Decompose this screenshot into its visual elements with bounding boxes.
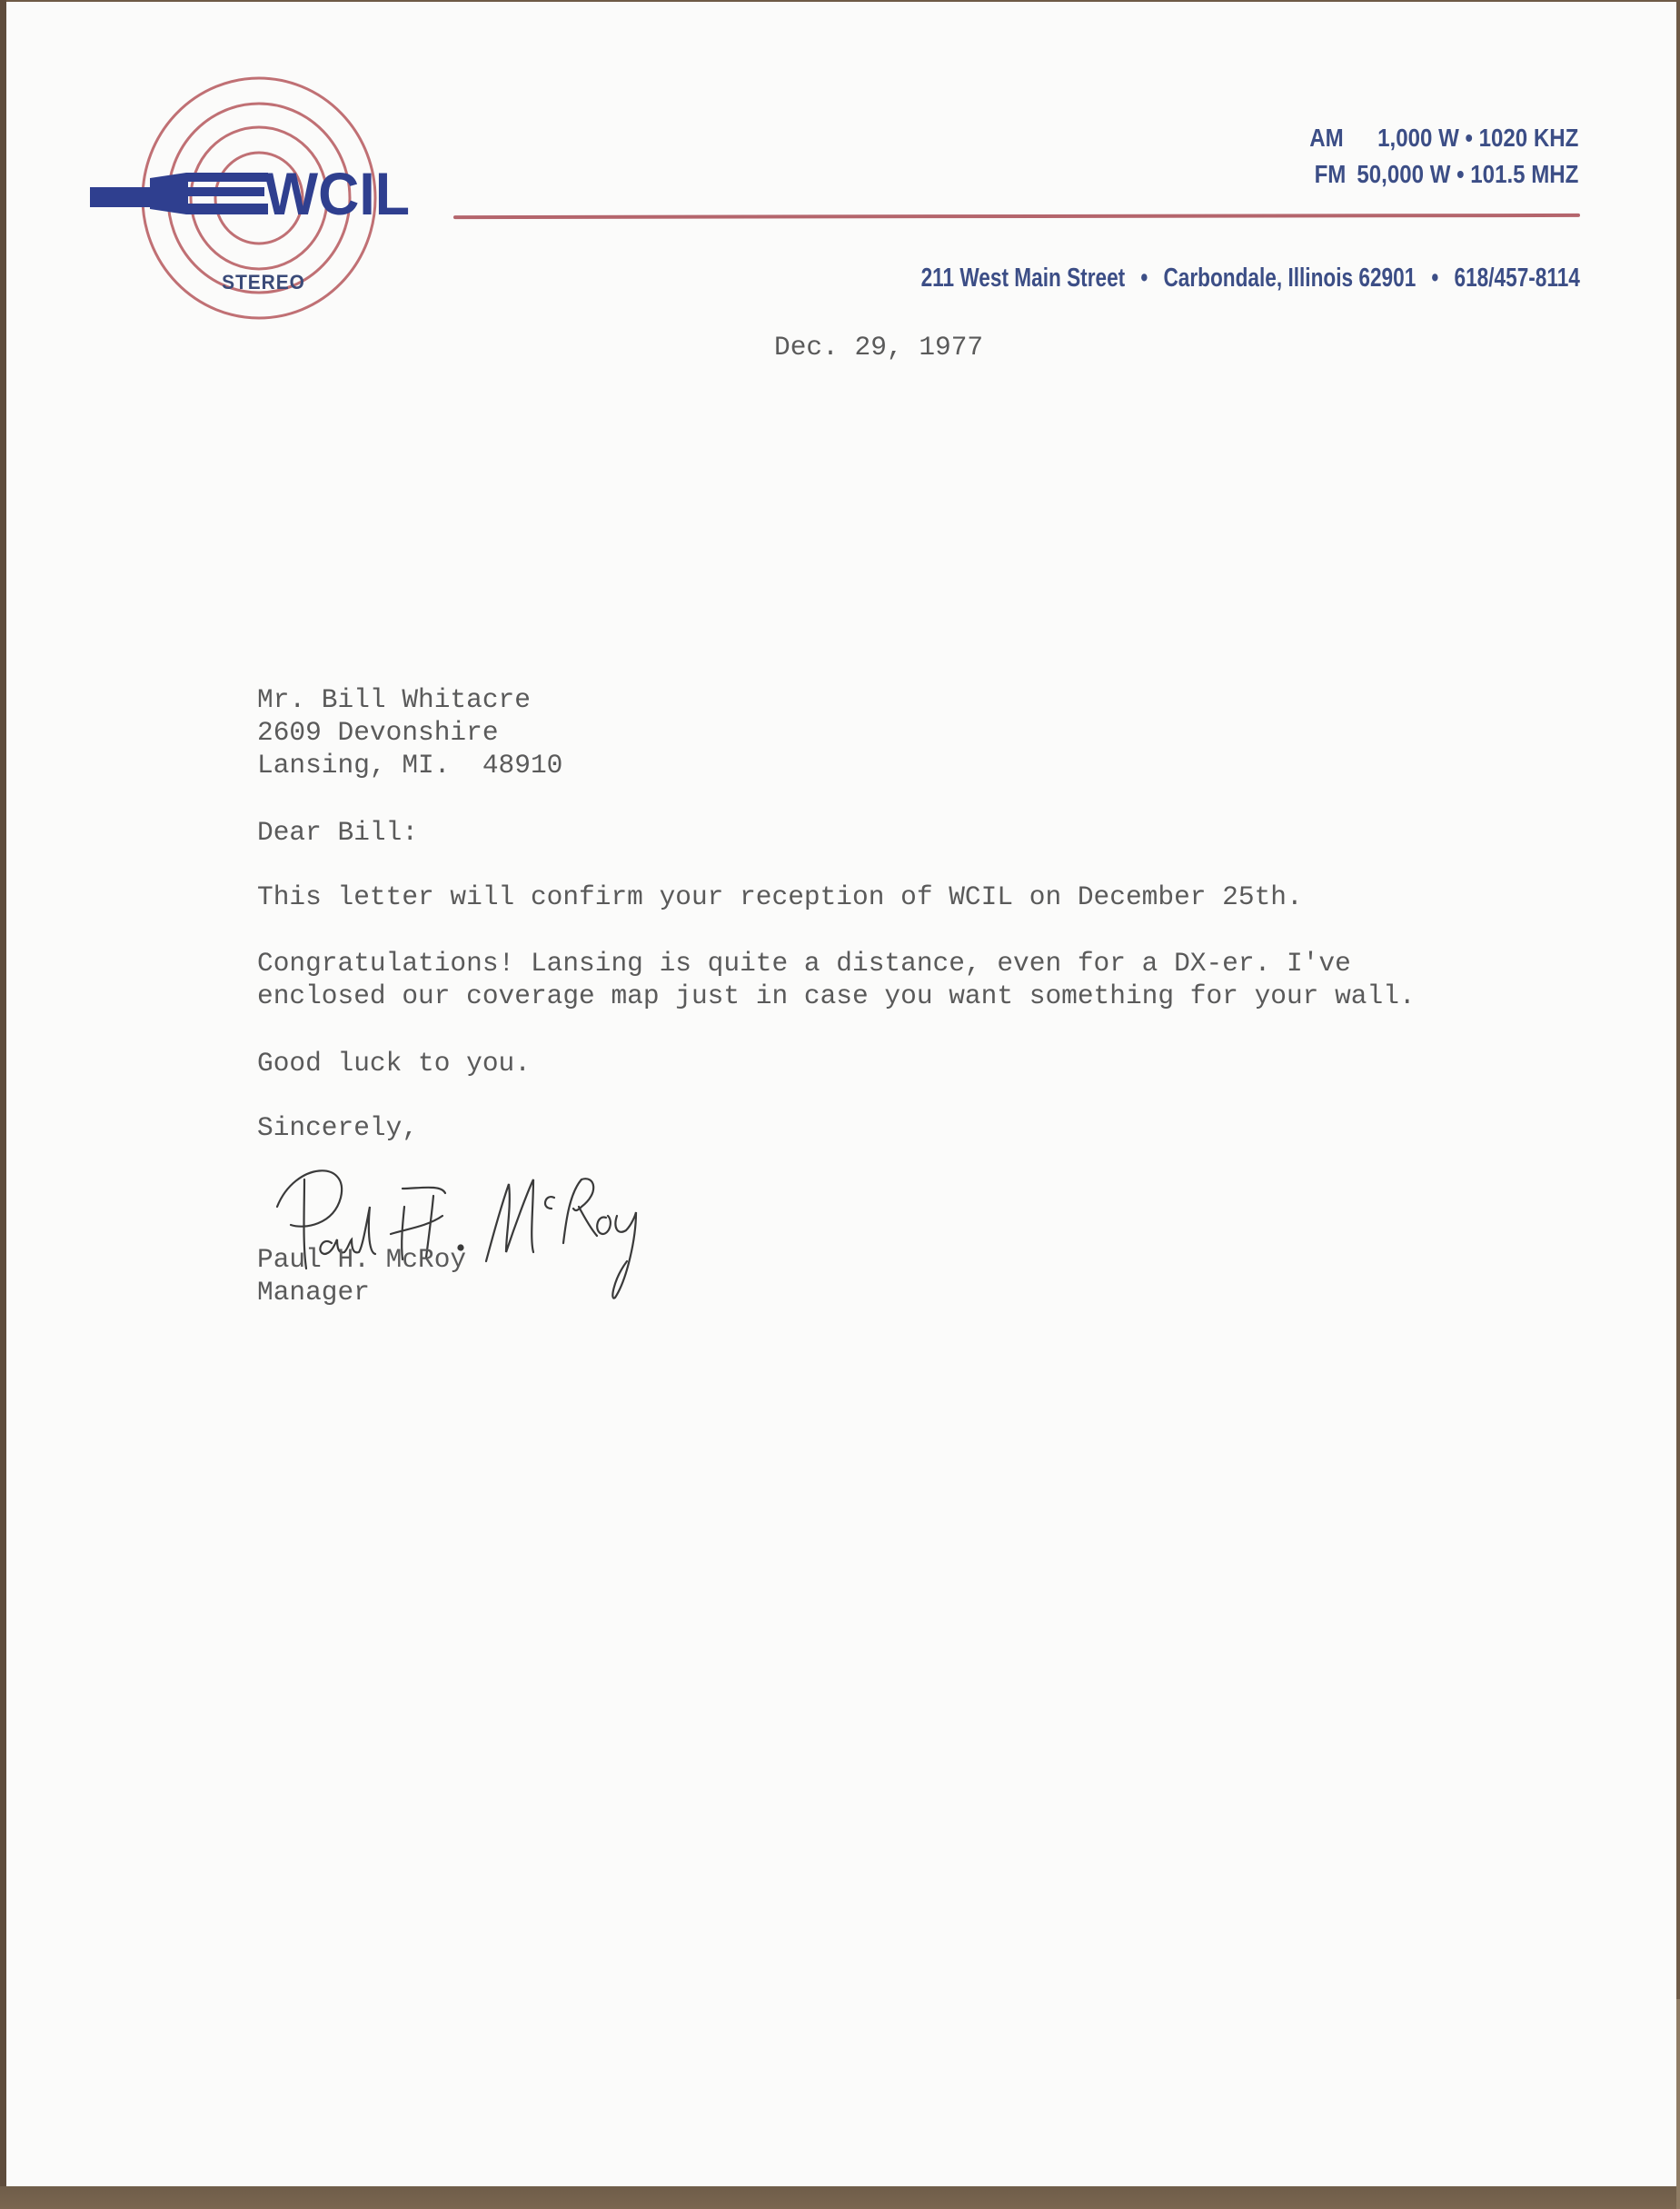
recipient-city: Lansing, MI. 48910 <box>257 749 562 781</box>
body-paragraph: Good luck to you. <box>257 1047 531 1080</box>
signer-title: Manager <box>257 1276 370 1308</box>
address-phone: 618/457-8114 <box>1455 264 1580 293</box>
address-city: Carbondale, Illinois 62901 <box>1164 264 1417 293</box>
paper-edge-left <box>0 0 6 2209</box>
station-logo: WCIL STEREO <box>86 71 432 330</box>
recipient-street: 2609 Devonshire <box>257 716 562 749</box>
recipient-name: Mr. Bill Whitacre <box>257 683 562 716</box>
body-paragraph: This letter will confirm your reception … <box>257 881 1303 913</box>
frequency-row-am: AM 1,000 W • 1020 KHZ <box>1309 120 1578 156</box>
bullet-separator: • <box>1432 264 1439 293</box>
frequency-block: AM 1,000 W • 1020 KHZ FM50,000 W • 101.5… <box>1309 120 1578 193</box>
signer-name: Paul H. McRoy <box>257 1243 466 1276</box>
salutation: Dear Bill: <box>257 816 418 849</box>
paper-edge-right <box>1676 1999 1680 2209</box>
bullet-separator: • <box>1140 264 1148 293</box>
letter-date: Dec. 29, 1977 <box>774 331 983 363</box>
body-paragraph: Congratulations! Lansing is quite a dist… <box>257 947 1416 1012</box>
paper-edge-bottom <box>0 2186 1680 2209</box>
closing: Sincerely, <box>257 1111 418 1144</box>
station-callsign: WCIL <box>264 160 410 227</box>
logo-stereo-label: STEREO <box>216 271 312 294</box>
frequency-row-fm: FM50,000 W • 101.5 MHZ <box>1309 156 1578 193</box>
station-address: 211 West Main Street•Carbondale, Illinoi… <box>921 264 1580 294</box>
recipient-address: Mr. Bill Whitacre2609 DevonshireLansing,… <box>257 683 562 781</box>
address-street: 211 West Main Street <box>921 264 1126 293</box>
